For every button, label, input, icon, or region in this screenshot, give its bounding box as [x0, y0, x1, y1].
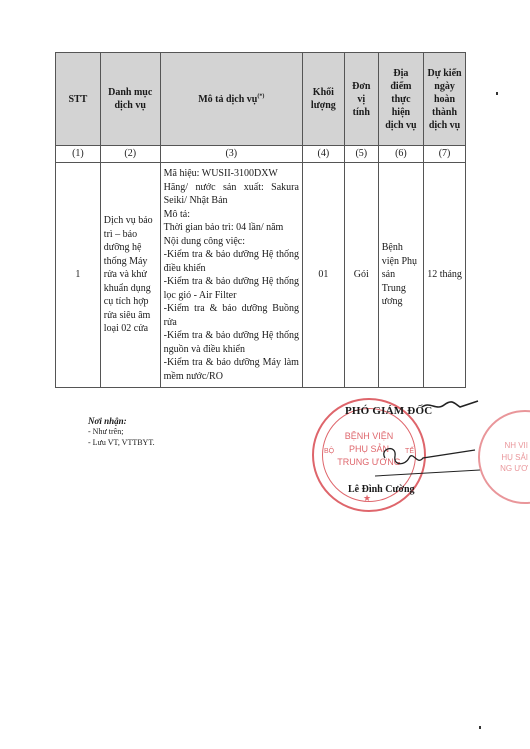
- scan-speck: [479, 726, 481, 729]
- header-unit: Đơn vị tính: [344, 53, 378, 146]
- col-num: (1): [56, 146, 101, 163]
- stamp-left-text: BỘ: [324, 448, 334, 455]
- desc-line: Thời gian bảo trì: 04 lần/ năm: [164, 221, 299, 235]
- cell-description: Mã hiệu: WUSII-3100DXW Hãng/ nước sản xu…: [160, 163, 302, 388]
- stamp-line: NG ƯƠ: [480, 463, 528, 475]
- desc-line: Hãng/ nước sản xuất: Sakura Seiki/ Nhật …: [164, 181, 299, 208]
- signature-flourish-icon: [420, 395, 480, 415]
- col-num: (2): [100, 146, 160, 163]
- desc-line: Mô tả:: [164, 208, 299, 222]
- table-row: 1 Dịch vụ bảo trì – bảo dưỡng hệ thống M…: [56, 163, 466, 388]
- stamp-line: HỤ SẢI: [480, 452, 528, 464]
- col-num: (5): [344, 146, 378, 163]
- col-num: (7): [424, 146, 466, 163]
- col-num: (6): [378, 146, 423, 163]
- cell-category: Dịch vụ bảo trì – bảo dưỡng hệ thống Máy…: [100, 163, 160, 388]
- signer-name: Lê Đình Cường: [348, 484, 415, 495]
- recipient-item: - Lưu VT, VTTBYT.: [88, 438, 155, 449]
- cell-completion: 12 tháng: [424, 163, 466, 388]
- desc-line: -Kiểm tra & bảo dưỡng Hệ thống điều khiể…: [164, 248, 299, 275]
- recipient-item: - Như trên;: [88, 427, 155, 438]
- cell-location: Bệnh viện Phụ sản Trung ương: [378, 163, 423, 388]
- col-num: (3): [160, 146, 302, 163]
- scan-speck: [496, 92, 498, 95]
- header-stt: STT: [56, 53, 101, 146]
- header-description: Mô tả dịch vụ(*): [160, 53, 302, 146]
- cell-quantity: 01: [302, 163, 344, 388]
- desc-line: -Kiểm tra & bảo dưỡng Hệ thống lọc gió -…: [164, 275, 299, 302]
- partial-stamp: NH VII HỤ SẢI NG ƯƠ: [478, 410, 530, 504]
- header-category: Danh mục dịch vụ: [100, 53, 160, 146]
- document-page: STT Danh mục dịch vụ Mô tả dịch vụ(*) Kh…: [0, 0, 530, 749]
- service-table: STT Danh mục dịch vụ Mô tả dịch vụ(*) Kh…: [55, 52, 466, 388]
- desc-line: -Kiểm tra & bảo dưỡng Hệ thống nguồn và …: [164, 329, 299, 356]
- partial-stamp-text: NH VII HỤ SẢI NG ƯƠ: [480, 440, 528, 475]
- header-location: Địa điểm thực hiện dịch vụ: [378, 53, 423, 146]
- desc-line: -Kiểm tra & bảo dưỡng Máy làm mềm nước/R…: [164, 356, 299, 383]
- desc-line: -Kiểm tra & bảo dưỡng Buồng rửa: [164, 302, 299, 329]
- header-quantity: Khối lượng: [302, 53, 344, 146]
- header-completion: Dự kiến ngày hoàn thành dịch vụ: [424, 53, 466, 146]
- desc-line: Mã hiệu: WUSII-3100DXW: [164, 167, 299, 181]
- cell-unit: Gói: [344, 163, 378, 388]
- stamp-line: NH VII: [480, 440, 528, 452]
- header-row: STT Danh mục dịch vụ Mô tả dịch vụ(*) Kh…: [56, 53, 466, 146]
- recipients-title: Nơi nhận:: [88, 415, 155, 427]
- desc-line: Nội dung công việc:: [164, 235, 299, 249]
- cell-stt: 1: [56, 163, 101, 388]
- col-num: (4): [302, 146, 344, 163]
- recipients-block: Nơi nhận: - Như trên; - Lưu VT, VTTBYT.: [88, 415, 155, 449]
- signature-icon: [375, 440, 485, 480]
- column-number-row: (1) (2) (3) (4) (5) (6) (7): [56, 146, 466, 163]
